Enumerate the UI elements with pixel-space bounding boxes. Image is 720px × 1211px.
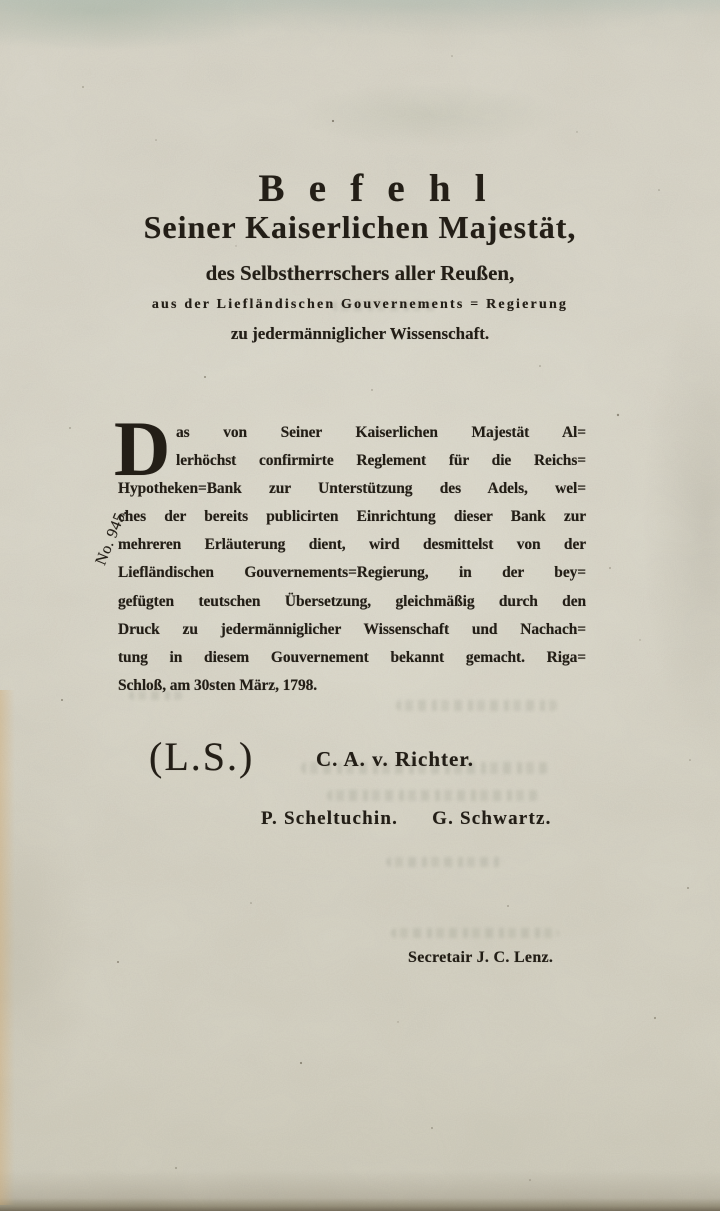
body-line: Druck zu jedermänniglicher Wissenschaft … bbox=[118, 616, 586, 644]
showthrough-smudge bbox=[386, 857, 504, 867]
body-line: lerhöchst confirmirte Reglement für die … bbox=[118, 447, 586, 475]
body-line: Hypotheken=Bank zur Unterstützung des Ad… bbox=[118, 475, 586, 503]
body-line: gefügten teutschen Übersetzung, gleichmä… bbox=[118, 588, 586, 616]
showthrough-smudge bbox=[391, 928, 559, 938]
signature-governor: C. A. v. Richter. bbox=[316, 747, 474, 772]
document-page: No. 945. Befehl Seiner Kaiserlichen Maje… bbox=[0, 0, 720, 1211]
signature-secretary: Secretair J. C. Lenz. bbox=[408, 949, 553, 967]
paper-edge-tint bbox=[0, 690, 15, 1205]
body-line: Schloß, am 30sten März, 1798. bbox=[118, 672, 586, 700]
body-line: Liefländischen Gouvernements=Regierung, … bbox=[118, 559, 586, 587]
document-title: Befehl bbox=[0, 166, 720, 211]
showthrough-smudge bbox=[327, 790, 539, 801]
heading-knowledge-line: zu jedermänniglicher Wissenschaft. bbox=[0, 324, 720, 344]
signature-councillor-2: G. Schwartz. bbox=[432, 808, 551, 830]
showthrough-smudge bbox=[396, 700, 558, 711]
seal-placeholder: (L.S.) bbox=[149, 733, 254, 780]
proclamation-paragraph: D as von Seiner Kaiserlichen Majestät Al… bbox=[118, 419, 586, 700]
signature-councillor-1: P. Scheltuchin. bbox=[261, 808, 398, 830]
drop-cap-initial: D bbox=[118, 419, 176, 475]
body-line: mehreren Erläuterung dient, wird desmitt… bbox=[118, 531, 586, 559]
heading-majesty-line: Seiner Kaiserlichen Majestät, bbox=[0, 209, 720, 246]
heading-autocrat-line: des Selbstherrschers aller Reußen, bbox=[0, 261, 720, 286]
body-line: ches der bereits publicirten Einrichtung… bbox=[118, 503, 586, 531]
body-line: as von Seiner Kaiserlichen Majestät Al= bbox=[118, 419, 586, 447]
body-line: tung in diesem Gouvernement bekannt gema… bbox=[118, 644, 586, 672]
heading-government-line: aus der Liefländischen Gouvernements = R… bbox=[0, 297, 720, 313]
